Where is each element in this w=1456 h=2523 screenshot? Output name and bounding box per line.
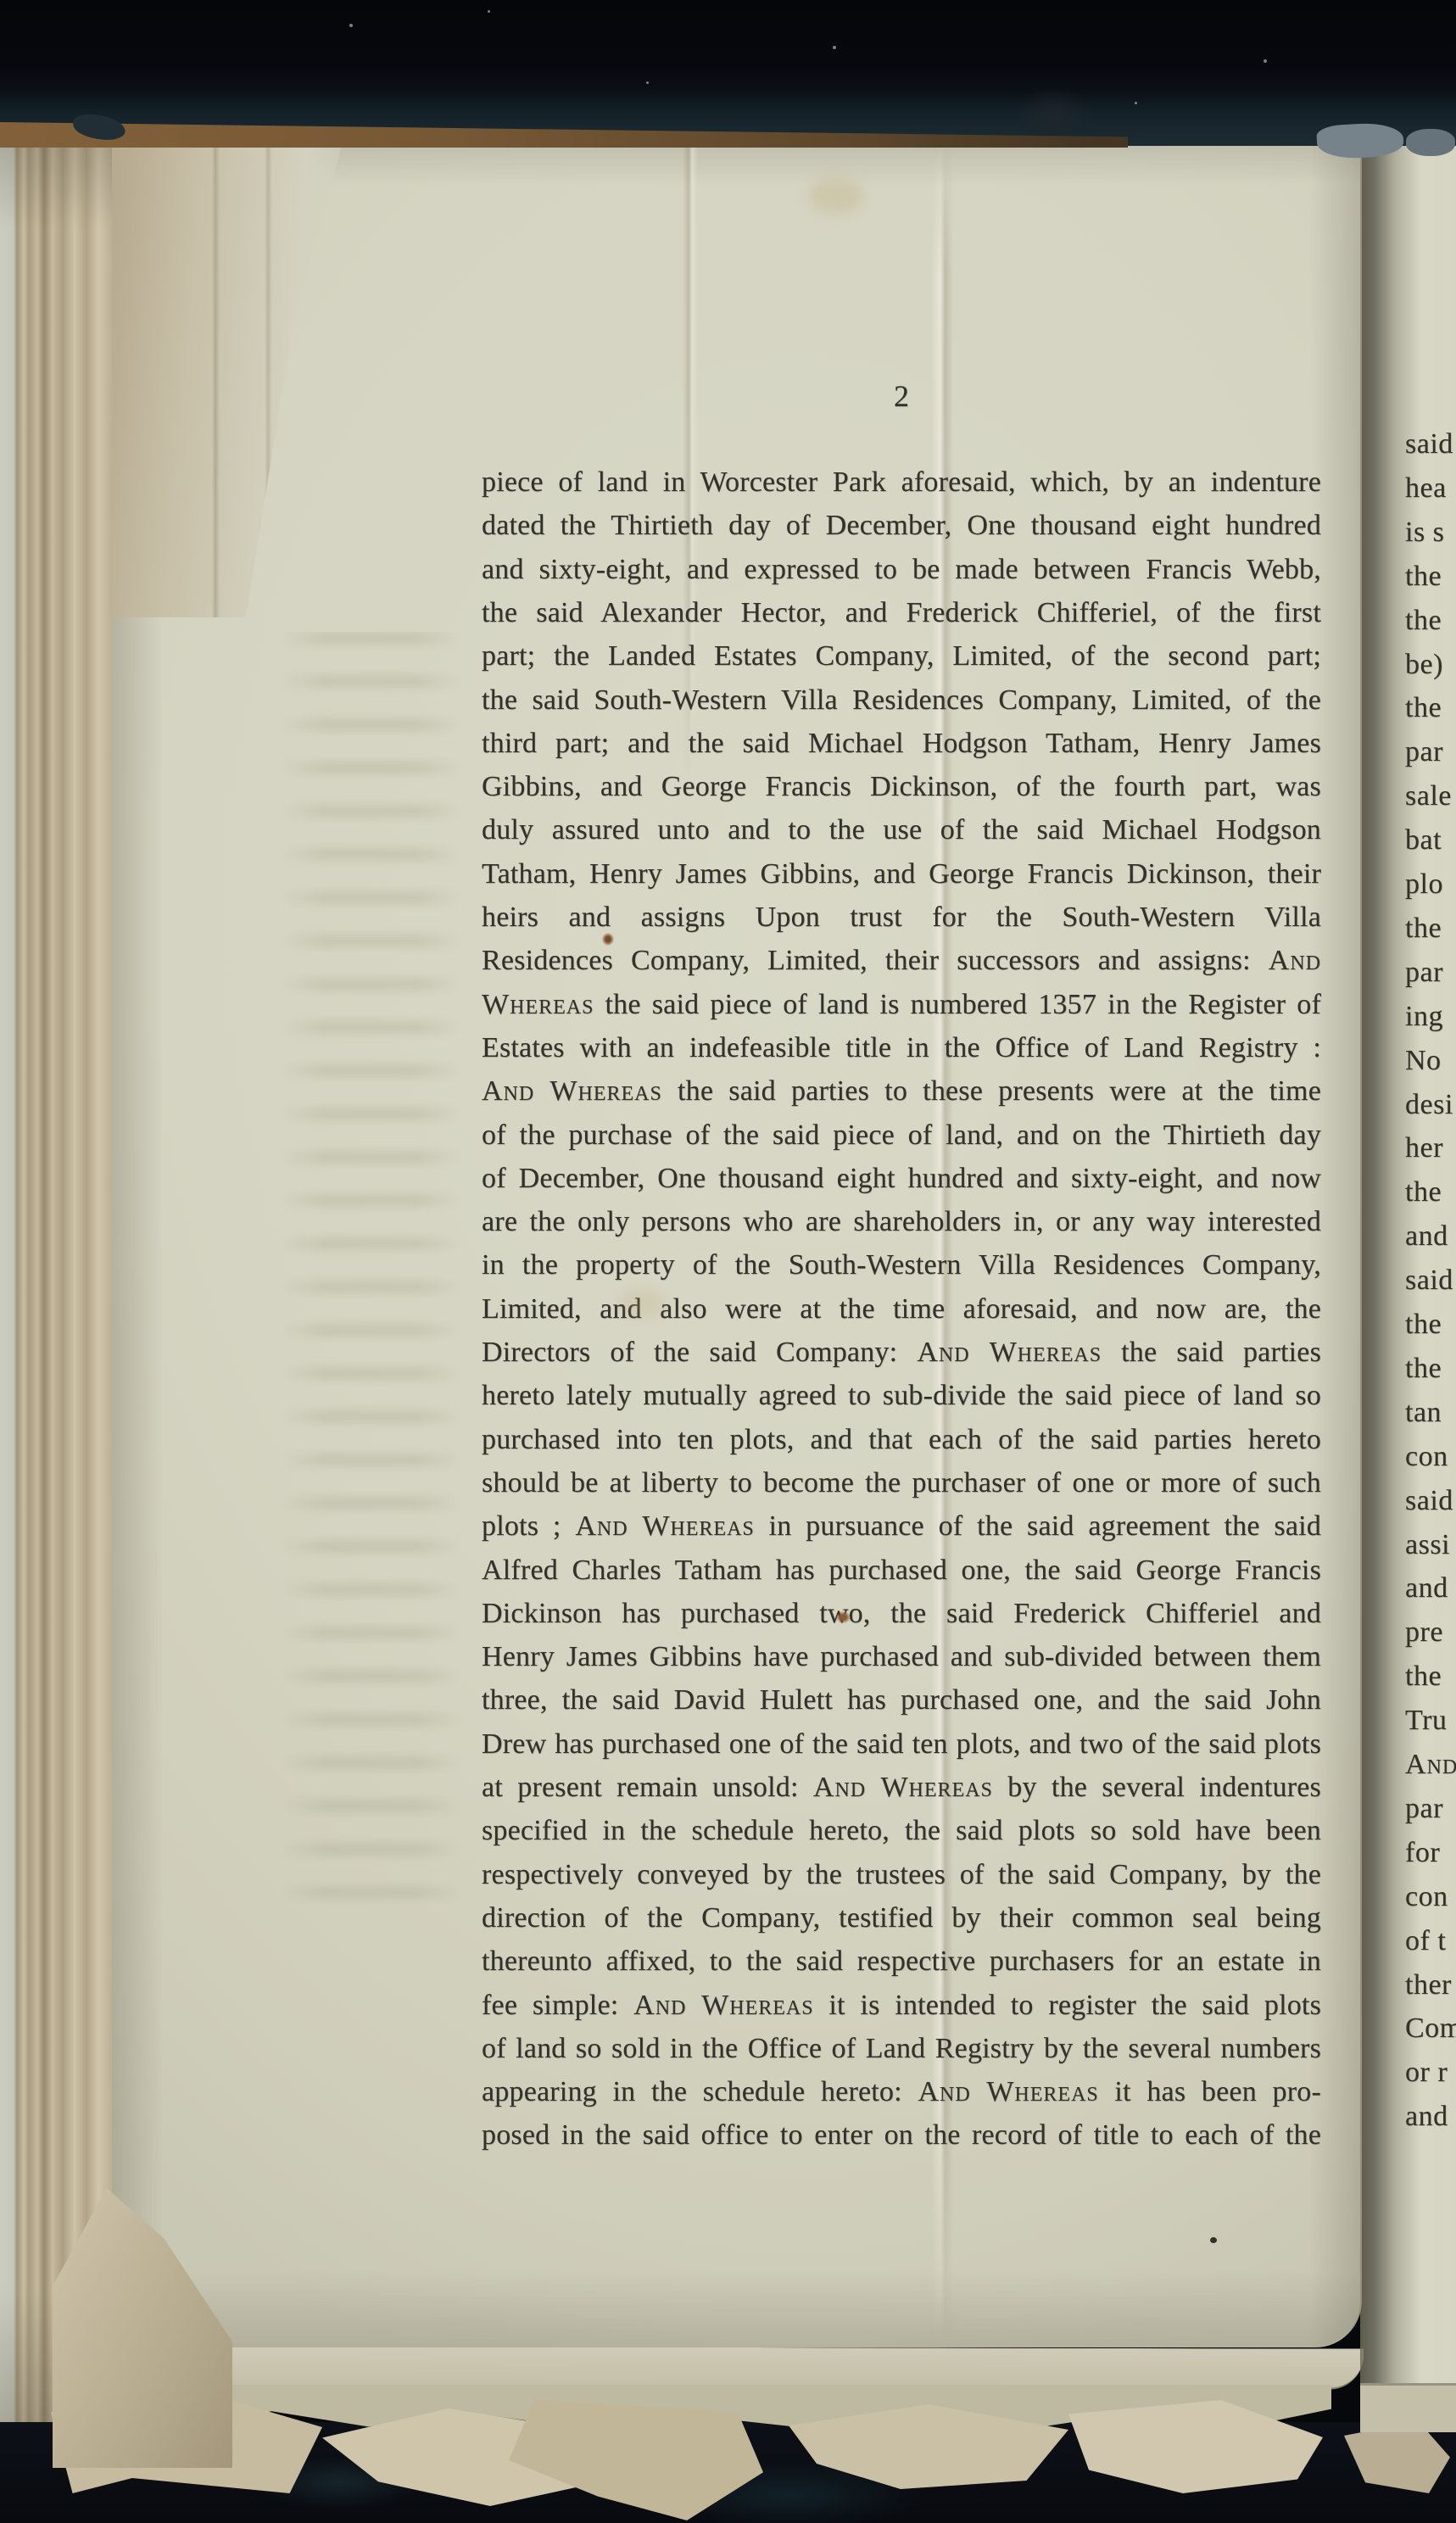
text-line: Alfred Charles Tatham has purchased one,…: [482, 1549, 1321, 1592]
text-line: of the purchase of the said piece of lan…: [482, 1114, 1321, 1157]
text-line: Directors of the said Company: And Where…: [482, 1331, 1321, 1374]
facing-page: said hea is s the the be) the par sale b…: [1360, 127, 1456, 2386]
facing-page-line-fragment: bat: [1405, 818, 1456, 862]
text-line: are the only persons who are shareholder…: [482, 1200, 1321, 1243]
facing-page-line-fragment: and: [1405, 1566, 1456, 1610]
facing-page-line-fragment: her: [1405, 1126, 1456, 1170]
facing-page-line-fragment: the: [1405, 1655, 1456, 1699]
text-line: the said South-Western Villa Residences …: [482, 678, 1321, 722]
text-line: three, the said David Hulett has purchas…: [482, 1678, 1321, 1722]
dust-speck: [1135, 102, 1137, 104]
facing-page-line-fragment: ther: [1405, 1963, 1456, 2007]
facing-page-line-fragment: the: [1405, 907, 1456, 951]
facing-page-line-fragment: pre: [1405, 1610, 1456, 1655]
facing-page-line-fragment: is s: [1405, 511, 1456, 555]
facing-page-line-fragment: tan: [1405, 1391, 1456, 1435]
facing-page-line-fragment: sale: [1405, 774, 1456, 818]
text-line: Drew has purchased one of the said ten p…: [482, 1722, 1321, 1766]
text-line: the said Alexander Hector, and Frederick…: [482, 591, 1321, 634]
facing-page-line-fragment: ing: [1405, 995, 1456, 1039]
facing-page-line-fragment: the: [1405, 1303, 1456, 1347]
text-line: plots ; And Whereas in pursuance of the …: [482, 1504, 1321, 1548]
under-leaf-edge: [119, 2346, 1364, 2389]
fore-edge-page-stack: [0, 127, 129, 2502]
facing-page-line-fragment: par: [1405, 730, 1456, 774]
text-line: thereunto affixed, to the said respectiv…: [482, 1940, 1321, 1983]
text-line: third part; and the said Michael Hodgson…: [482, 722, 1321, 765]
facing-page-line-fragment: said: [1405, 1479, 1456, 1523]
text-line: Dickinson has purchased two, the said Fr…: [482, 1592, 1321, 1635]
dust-speck: [349, 24, 353, 27]
text-line: respectively conveyed by the trustees of…: [482, 1853, 1321, 1896]
text-line: dated the Thirtieth day of December, One…: [482, 504, 1321, 547]
facing-page-line-fragment: No: [1405, 1039, 1456, 1083]
facing-page-line-fragment: said: [1405, 1259, 1456, 1303]
show-through-marks: [280, 632, 462, 1904]
text-line: in the property of the South-Western Vil…: [482, 1243, 1321, 1287]
text-line: direction of the Company, testified by t…: [482, 1896, 1321, 1940]
text-line: Henry James Gibbins have purchased and s…: [482, 1635, 1321, 1678]
facing-page-under-edge: [1360, 2386, 1456, 2432]
text-line: duly assured unto and to the use of the …: [482, 808, 1321, 851]
text-line: piece of land in Worcester Park aforesai…: [482, 461, 1321, 504]
text-line: part; the Landed Estates Company, Limite…: [482, 634, 1321, 678]
facing-page-line-fragment: the: [1405, 1347, 1456, 1391]
facing-page-line-fragment: for: [1405, 1831, 1456, 1875]
text-line: Whereas the said piece of land is number…: [482, 983, 1321, 1026]
book-scan: said hea is s the the be) the par sale b…: [0, 0, 1456, 2523]
facing-page-line-fragment: the: [1405, 555, 1456, 599]
facing-page-line-fragment: the: [1405, 686, 1456, 730]
facing-page-line-fragment: the: [1405, 1170, 1456, 1214]
facing-page-line-fragment: con: [1405, 1875, 1456, 1919]
facing-page-line-fragment: con: [1405, 1435, 1456, 1479]
dust-speck: [833, 46, 836, 49]
body-text: piece of land in Worcester Park aforesai…: [482, 461, 1321, 2165]
text-line: appearing in the schedule hereto: And Wh…: [482, 2070, 1321, 2113]
text-line: Estates with an indefeasible title in th…: [482, 1026, 1321, 1069]
facing-page-line-fragment: said: [1405, 422, 1456, 466]
text-line: And Whereas the said parties to these pr…: [482, 1069, 1321, 1113]
facing-page-line-fragment: be): [1405, 643, 1456, 687]
facing-page-line-fragment: the: [1405, 599, 1456, 643]
facing-page-line-fragment: And: [1405, 1743, 1456, 1787]
facing-page-line-fragment: Com: [1405, 2007, 1456, 2051]
text-line: Gibbins, and George Francis Dickinson, o…: [482, 765, 1321, 808]
binding-tape-remnant: [1406, 129, 1455, 156]
paper-stain: [621, 1289, 665, 1318]
book-page: 2 piece of land in Worcester Park afores…: [112, 142, 1362, 2347]
text-line: posed in the said office to enter on the…: [482, 2113, 1321, 2157]
dust-speck: [1264, 59, 1267, 63]
text-line: hereto lately mutually agreed to sub-div…: [482, 1374, 1321, 1417]
facing-page-line-fragment: and: [1405, 2095, 1456, 2139]
dust-speck: [488, 10, 490, 13]
facing-page-line-fragment: par: [1405, 1787, 1456, 1831]
facing-page-line-fragment: or r: [1405, 2051, 1456, 2095]
facing-page-line-fragment: Tru: [1405, 1699, 1456, 1743]
foxing-spot: [836, 1611, 851, 1623]
text-line: of land so sold in the Office of Land Re…: [482, 2027, 1321, 2070]
text-line: of December, One thousand eight hundred …: [482, 1157, 1321, 1200]
facing-page-line-fragment: and: [1405, 1214, 1456, 1259]
ink-speck: [1210, 2237, 1217, 2243]
facing-page-line-fragment: plo: [1405, 862, 1456, 907]
page-number: 2: [482, 378, 1321, 421]
text-line: Limited, and also were at the time afore…: [482, 1287, 1321, 1331]
foxing-spot: [602, 933, 614, 946]
text-line: should be at liberty to become the purch…: [482, 1461, 1321, 1504]
facing-page-line-fragment: desi: [1405, 1083, 1456, 1127]
facing-page-line-fragment: hea: [1405, 466, 1456, 511]
paper-stain: [809, 178, 863, 214]
text-line: purchased into ten plots, and that each …: [482, 1418, 1321, 1461]
facing-page-line-fragment: par: [1405, 951, 1456, 995]
dust-speck: [646, 81, 649, 84]
facing-page-line-fragment: of t: [1405, 1919, 1456, 1963]
facing-page-line-fragment: assi: [1405, 1523, 1456, 1567]
text-line: and sixty-eight, and expressed to be mad…: [482, 548, 1321, 591]
book-cover-cloth: [0, 0, 1456, 146]
text-line: Tatham, Henry James Gibbins, and George …: [482, 852, 1321, 896]
text-line: at present remain unsold: And Whereas by…: [482, 1766, 1321, 1809]
text-line: fee simple: And Whereas it is intended t…: [482, 1984, 1321, 2027]
text-line: specified in the schedule hereto, the sa…: [482, 1809, 1321, 1852]
